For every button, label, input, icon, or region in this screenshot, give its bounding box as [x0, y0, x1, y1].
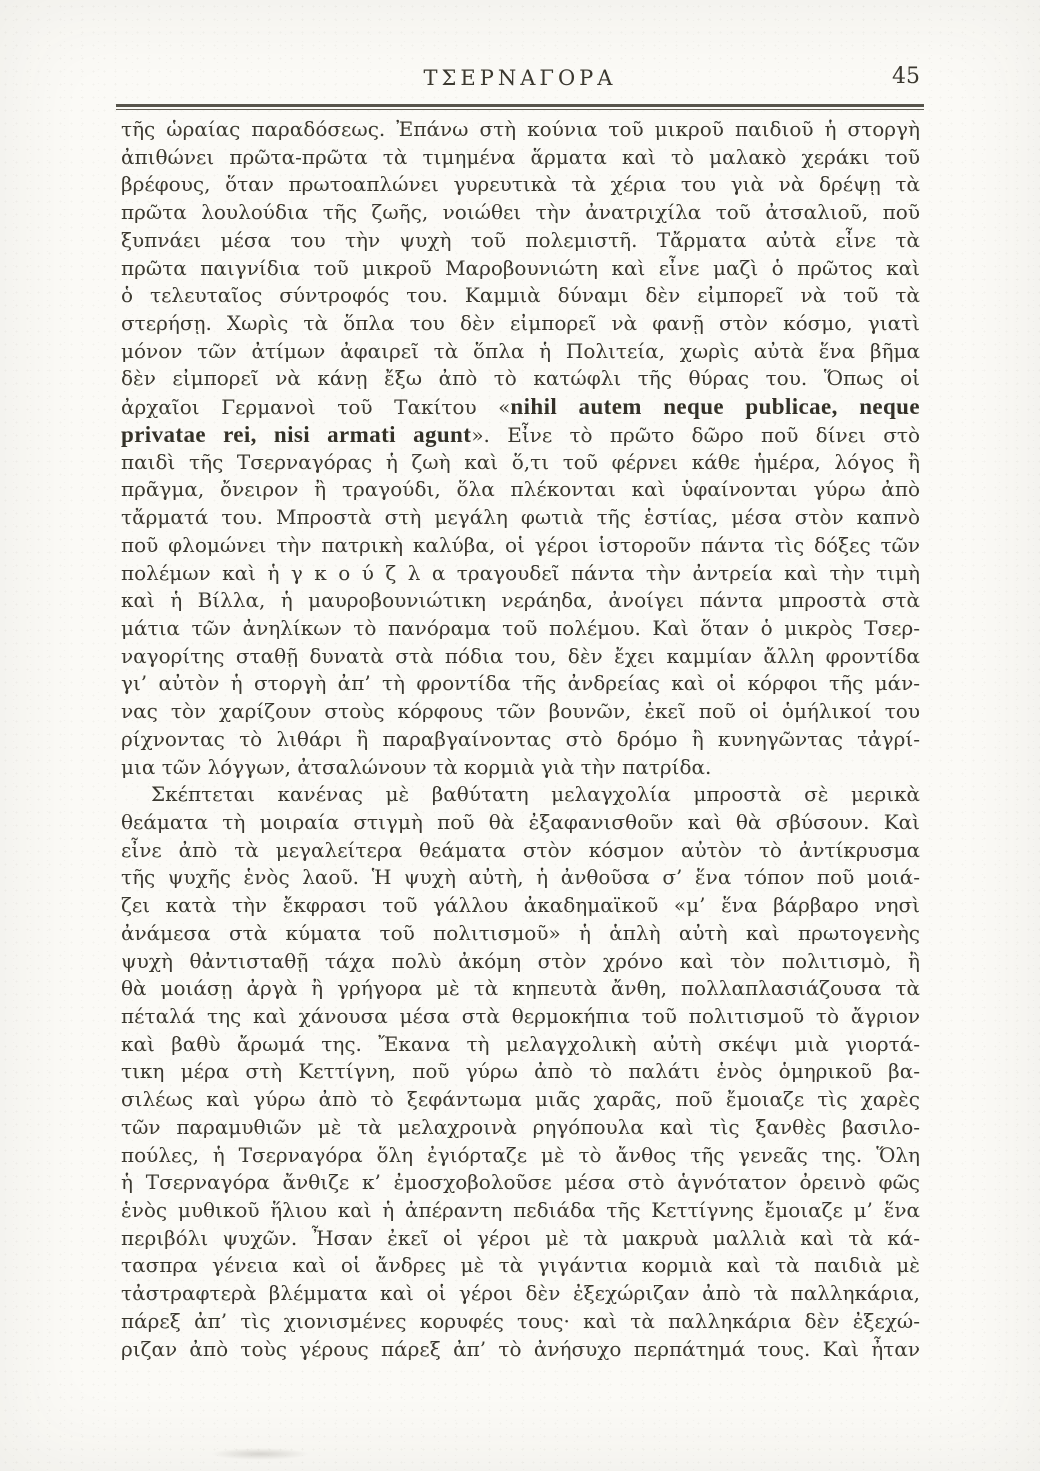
- text-line: ἡ Τσερναγόρα ἄνθιζε κ’ ἐμοσχοβολοῦσε μέσ…: [121, 1169, 920, 1197]
- text-line: πρᾶγμα, ὄνειρον ἢ τραγούδι, ὅλα πλέκοντα…: [121, 476, 920, 504]
- text-line: τῶν παραμυθιῶν μὲ τὰ μελαχροινὰ ρηγόπουλ…: [121, 1114, 920, 1142]
- text-line: ἑνὸς μυθικοῦ ἥλιου καὶ ἡ ἀπέραντη πεδιάδ…: [121, 1197, 920, 1225]
- text-line: μάτια τῶν ἀνηλίκων τὸ πανόραμα τοῦ πολέμ…: [121, 615, 920, 643]
- greek-text: ἀρχαῖοι Γερμανοὶ τοῦ Τακίτου «: [121, 395, 510, 419]
- text-line: ψυχὴ θἀντισταθῇ τάχα πολὺ ἀκόμη στὸν χρό…: [121, 948, 920, 976]
- text-line: πολέμων καὶ ἡ γ κ ο ύ ζ λ α τραγουδεῖ πά…: [121, 560, 920, 588]
- text-line: βρέφους, ὅταν πρωτοαπλώνει γυρευτικὰ τὰ …: [121, 171, 920, 199]
- text-line: ζει κατὰ τὴν ἔκφρασι τοῦ γάλλου ἀκαδημαϊ…: [121, 892, 920, 920]
- header-rule: [116, 104, 924, 110]
- text-line: ρίχνοντας τὸ λιθάρι ἢ παραβγαίνοντας στὸ…: [121, 726, 920, 754]
- book-page: ΤΣΕΡΝΑΓΟΡΑ 45 τῆς ὡραίας παραδόσεως. Ἐπά…: [0, 0, 1040, 1471]
- text-line: Σκέπτεται κανένας μὲ βαθύτατη μελαγχολία…: [121, 781, 920, 809]
- text-line: ποῦ φλομώνει τὴν πατρικὴ καλύβα, οἱ γέρο…: [121, 532, 920, 560]
- text-line: τἀστραφτερὰ βλέμματα καὶ οἱ γέροι δὲν ἐξ…: [121, 1280, 920, 1308]
- text-line: παιδὶ τῆς Τσερναγόρας ἡ ζωὴ καὶ ὅ,τι τοῦ…: [121, 449, 920, 477]
- text-line: ἀρχαῖοι Γερμανοὶ τοῦ Τακίτου «nihil aute…: [121, 393, 920, 421]
- text-line: καὶ βαθὺ ἄρωμά της. Ἔκανα τὴ μελαγχολικὴ…: [121, 1031, 920, 1059]
- header-title: ΤΣΕΡΝΑΓΟΡΑ: [121, 66, 919, 90]
- text-line: ναγορίτης σταθῇ δυνατὰ στὰ πόδια του, δὲ…: [121, 643, 920, 671]
- text-line: πέταλά της καὶ χάνουσα μέσα στὰ θερμοκήπ…: [121, 1003, 920, 1031]
- text-line: περιβόλι ψυχῶν. Ἦσαν ἐκεῖ οἱ γέροι μὲ τὰ…: [121, 1225, 920, 1253]
- text-line: ξυπνάει μέσα του τὴν ψυχὴ τοῦ πολεμιστῆ.…: [121, 227, 920, 255]
- text-line: ριζαν ἀπὸ τοὺς γέρους πάρεξ ἀπ’ τὸ ἀνήσυ…: [121, 1336, 920, 1364]
- text-line: μόνον τῶν ἀτίμων ἀφαιρεῖ τὰ ὅπλα ἡ Πολιτ…: [121, 338, 920, 366]
- text-line: ὁ τελευταῖος σύντροφός του. Καμμιὰ δύναμ…: [121, 282, 920, 310]
- text-line: πρῶτα παιγνίδια τοῦ μικροῦ Μαροβουνιώτη …: [121, 255, 920, 283]
- text-line: τῆς ψυχῆς ἑνὸς λαοῦ. Ἡ ψυχὴ αὐτὴ, ἡ ἀνθο…: [121, 864, 920, 892]
- text-line: στερήσῃ. Χωρὶς τὰ ὅπλα του δὲν εἰμπορεῖ …: [121, 310, 920, 338]
- text-line: τασπρα γένεια καὶ οἱ ἄνδρες μὲ τὰ γιγάντ…: [121, 1252, 920, 1280]
- latin-quote: nihil autem neque publicae, neque: [510, 394, 920, 419]
- text-line: θὰ μοιάσῃ ἀργὰ ἢ γρήγορα μὲ τὰ κηπευτὰ ἄ…: [121, 975, 920, 1003]
- greek-text: ». Εἶνε τὸ πρῶτο δῶρο ποῦ δίνει στὸ: [471, 423, 920, 447]
- latin-quote: privatae rei, nisi armati agunt: [121, 422, 471, 447]
- text-line: δὲν εἰμπορεῖ νὰ κάνῃ ἔξω ἀπὸ τὸ κατώφλι …: [121, 365, 920, 393]
- text-line: τῆς ὡραίας παραδόσεως. Ἐπάνω στὴ κούνια …: [121, 116, 920, 144]
- text-line: γι’ αὐτὸν ἡ στοργὴ ἀπ’ τὴ φροντίδα τῆς ἀ…: [121, 670, 920, 698]
- text-line: πάρεξ ἀπ’ τὶς χιονισμένες κορυφές τους· …: [121, 1308, 920, 1336]
- text-line: σιλέως καὶ γύρω ἀπὸ τὸ ξεφάντωμα μιᾶς χα…: [121, 1086, 920, 1114]
- paper-smudge: [195, 1446, 325, 1462]
- text-line: τικη μέρα στὴ Κεττίγνη, ποῦ γύρω ἀπὸ τὸ …: [121, 1058, 920, 1086]
- text-line: πούλες, ἡ Τσερναγόρα ὅλη ἐγιόρταζε μὲ τὸ…: [121, 1142, 920, 1170]
- page-number: 45: [848, 64, 920, 89]
- text-line: εἶνε ἀπὸ τὰ μεγαλείτερα θεάματα στὸν κόσ…: [121, 837, 920, 865]
- text-line: θεάματα τὴ μοιραία στιγμὴ ποῦ θὰ ἐξαφανι…: [121, 809, 920, 837]
- text-line: privatae rei, nisi armati agunt». Εἶνε τ…: [121, 421, 920, 449]
- text-line: νας τὸν χαρίζουν στοὺς κόρφους τῶν βουνῶ…: [121, 698, 920, 726]
- text-line: μια τῶν λόγγων, ἀτσαλώνουν τὰ κορμιὰ γιὰ…: [121, 754, 920, 782]
- text-line: τἄρματά του. Μπροστὰ στὴ μεγάλη φωτιὰ τῆ…: [121, 504, 920, 532]
- text-line: ἀνάμεσα στὰ κύματα τοῦ πολιτισμοῦ» ἡ ἁπλ…: [121, 920, 920, 948]
- text-line: καὶ ἡ Βίλλα, ἡ μαυροβουνιώτικη νεράηδα, …: [121, 587, 920, 615]
- text-column: τῆς ὡραίας παραδόσεως. Ἐπάνω στὴ κούνια …: [121, 116, 920, 1363]
- text-line: πρῶτα λουλούδια τῆς ζωῆς, νοιώθει τὴν ἀν…: [121, 199, 920, 227]
- text-line: ἀπιθώνει πρῶτα-πρῶτα τὰ τιμημένα ἅρματα …: [121, 144, 920, 172]
